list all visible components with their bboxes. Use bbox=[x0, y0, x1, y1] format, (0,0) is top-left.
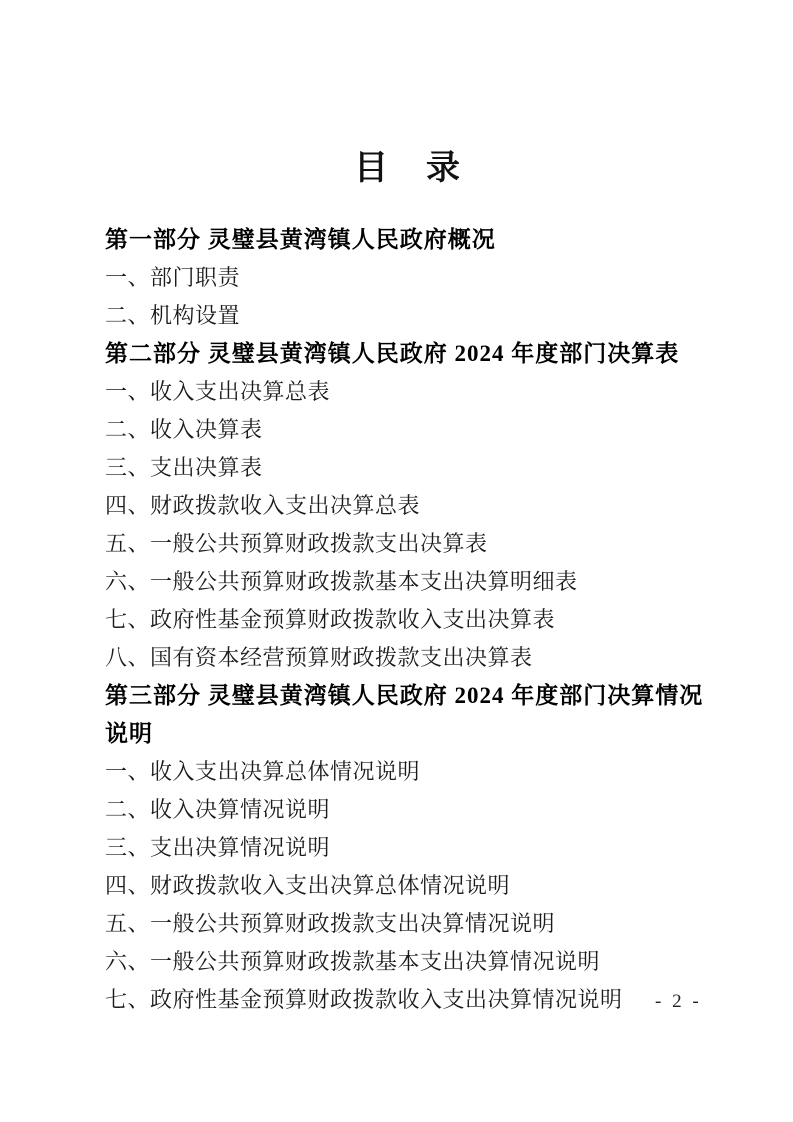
toc-item: 三、支出决算表 bbox=[105, 449, 705, 487]
page-title: 目 录 bbox=[105, 140, 711, 189]
toc-item: 一、部门职责 bbox=[105, 259, 705, 297]
toc-item: 二、机构设置 bbox=[105, 297, 705, 335]
toc-section-heading: 第三部分 灵璧县黄湾镇人民政府 2024 年度部门决算情况说明 bbox=[105, 677, 705, 753]
toc-item: 八、国有资本经营预算财政拨款支出决算表 bbox=[105, 639, 705, 677]
toc-item: 二、收入决算情况说明 bbox=[105, 791, 705, 829]
toc-item: 三、支出决算情况说明 bbox=[105, 829, 705, 867]
toc-item: 四、财政拨款收入支出决算总体情况说明 bbox=[105, 867, 705, 905]
toc-item: 七、政府性基金预算财政拨款收入支出决算表 bbox=[105, 601, 705, 639]
toc-section-heading: 第一部分 灵璧县黄湾镇人民政府概况 bbox=[105, 221, 705, 259]
page-number: - 2 - bbox=[655, 991, 702, 1013]
toc-item: 一、收入支出决算总表 bbox=[105, 373, 705, 411]
toc-item: 六、一般公共预算财政拨款基本支出决算明细表 bbox=[105, 563, 705, 601]
toc-item: 五、一般公共预算财政拨款支出决算情况说明 bbox=[105, 905, 705, 943]
toc-item: 七、政府性基金预算财政拨款收入支出决算情况说明 bbox=[105, 981, 705, 1019]
table-of-contents: 第一部分 灵璧县黄湾镇人民政府概况一、部门职责二、机构设置第二部分 灵璧县黄湾镇… bbox=[105, 221, 705, 1019]
document-page: 目 录 第一部分 灵璧县黄湾镇人民政府概况一、部门职责二、机构设置第二部分 灵璧… bbox=[0, 0, 793, 1122]
toc-item: 五、一般公共预算财政拨款支出决算表 bbox=[105, 525, 705, 563]
toc-section-heading: 第二部分 灵璧县黄湾镇人民政府 2024 年度部门决算表 bbox=[105, 335, 705, 373]
toc-item: 六、一般公共预算财政拨款基本支出决算情况说明 bbox=[105, 943, 705, 981]
toc-item: 二、收入决算表 bbox=[105, 411, 705, 449]
toc-item: 一、收入支出决算总体情况说明 bbox=[105, 753, 705, 791]
toc-item: 四、财政拨款收入支出决算总表 bbox=[105, 487, 705, 525]
